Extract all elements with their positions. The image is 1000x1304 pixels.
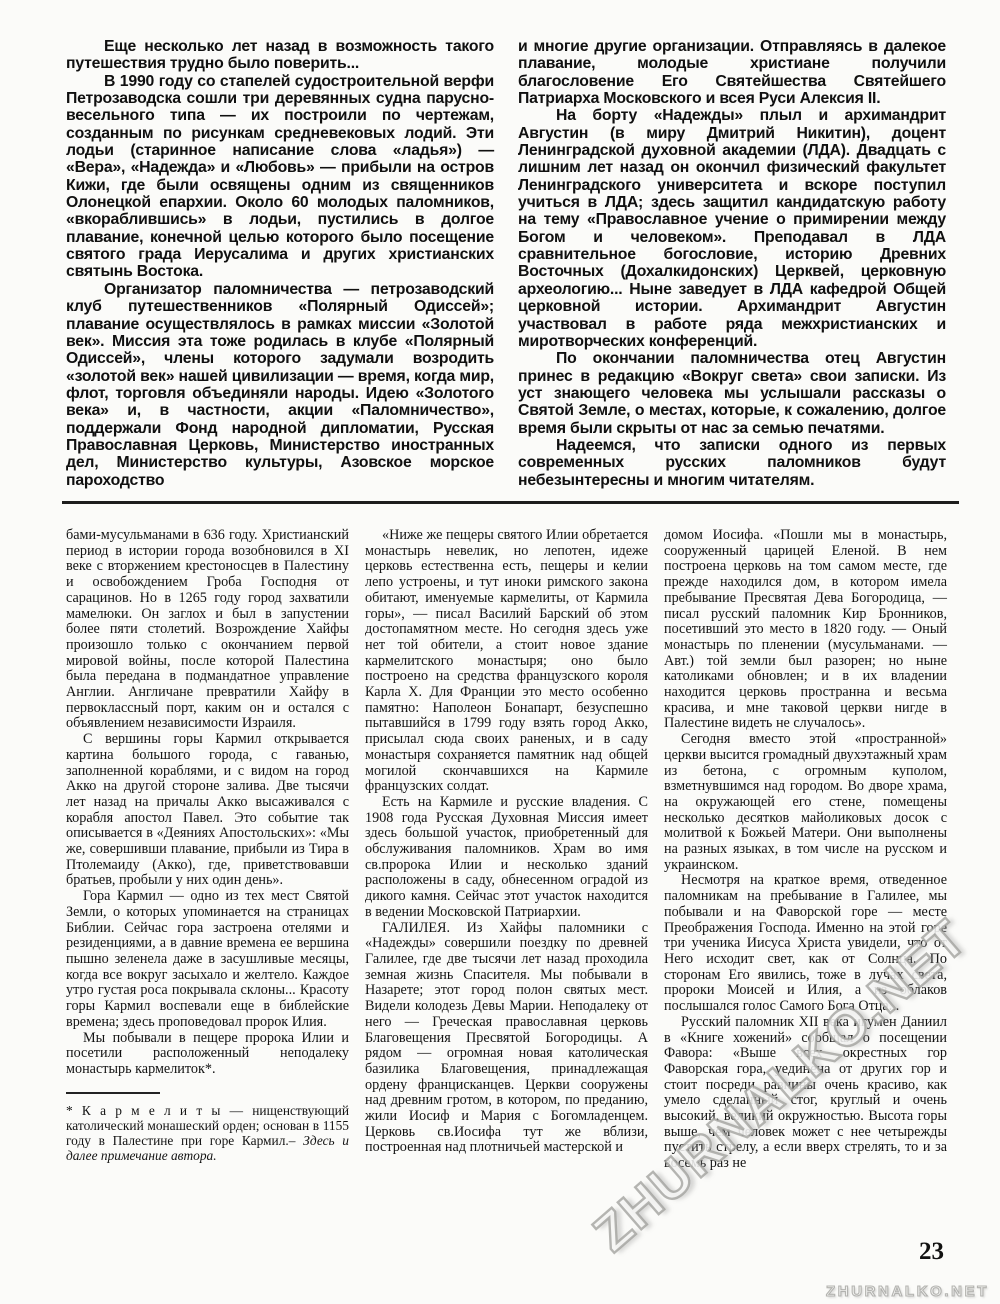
paragraph: и многие другие организации. Отправляясь… — [518, 38, 946, 107]
paragraph: Организатор паломничества — петрозаводск… — [66, 281, 494, 489]
paragraph: бами-мусульманами в 636 году. Христианск… — [66, 528, 349, 732]
intro-right-column: и многие другие организации. Отправляясь… — [518, 38, 946, 489]
page-number: 23 — [919, 1238, 944, 1266]
paragraph: домом Иосифа. «Пошли мы в монастырь, соо… — [664, 528, 947, 732]
paragraph: Надеемся, что записки одного из первых с… — [518, 437, 946, 489]
bottom-watermark: ZHURNALKO.NET — [826, 1283, 989, 1300]
paragraph: С вершины горы Кармил открывается картин… — [66, 732, 349, 889]
footnote: * К а р м е л и т ы — нищенствующий като… — [66, 1092, 349, 1164]
paragraph: Русский паломник XII века игумен Даниил … — [664, 1015, 947, 1172]
paragraph: Есть на Кармиле и русские владения. С 19… — [365, 795, 648, 921]
article-column-2: «Ниже же пещеры святого Илии обретается … — [365, 528, 648, 1172]
magazine-page: Еще несколько лет назад в возможность та… — [0, 0, 1000, 1304]
article-column-3: домом Иосифа. «Пошли мы в монастырь, соо… — [664, 528, 947, 1172]
article-column-1: бами-мусульманами в 636 году. Христианск… — [66, 528, 349, 1172]
paragraph: Несмотря на краткое время, отведенное па… — [664, 873, 947, 1014]
paragraph: На борту «Надежды» плыл и архимандрит Ав… — [518, 107, 946, 350]
paragraph: Сегодня вместо этой «пространной» церкви… — [664, 732, 947, 873]
article-section: бами-мусульманами в 636 году. Христианск… — [66, 528, 947, 1172]
paragraph: Еще несколько лет назад в возможность та… — [66, 38, 494, 73]
paragraph: В 1990 году со стапелей судостроительной… — [66, 73, 494, 281]
intro-left-column: Еще несколько лет назад в возможность та… — [66, 38, 494, 489]
paragraph: «Ниже же пещеры святого Илии обретается … — [365, 528, 648, 795]
paragraph: По окончании паломничества отец Августин… — [518, 350, 946, 437]
paragraph: Гора Кармил — одно из тех мест Святой Зе… — [66, 889, 349, 1030]
intro-section: Еще несколько лет назад в возможность та… — [66, 38, 946, 489]
paragraph: Мы побывали в пещере пророка Илии и посе… — [66, 1031, 349, 1078]
footnote-text: * К а р м е л и т ы — нищенствующий като… — [66, 1103, 349, 1164]
footnote-rule — [66, 1092, 160, 1094]
section-divider-rule — [62, 501, 959, 504]
paragraph: ГАЛИЛЕЯ. Из Хайфы паломники с «Надежды» … — [365, 921, 648, 1157]
